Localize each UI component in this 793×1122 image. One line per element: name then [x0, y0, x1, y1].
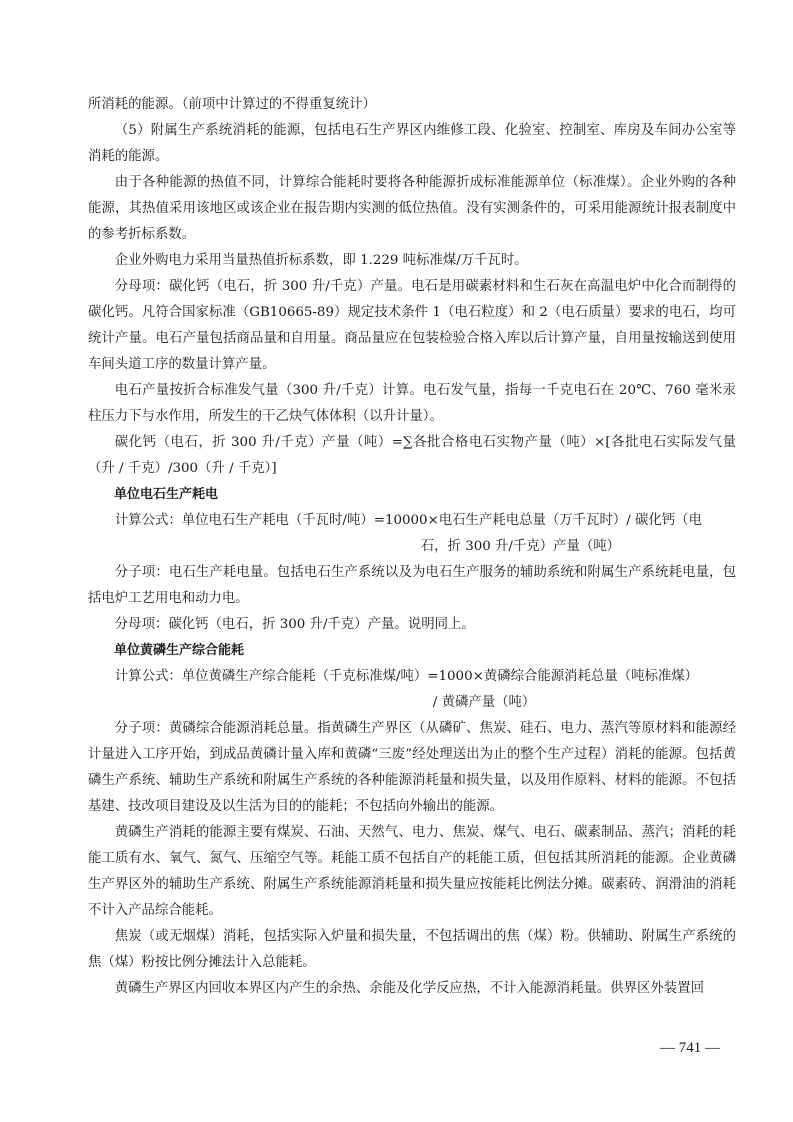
formula-carbide-electricity: 计算公式：单位电石生产耗电（千瓦时/吨）=10000×电石生产耗电总量（万千瓦时… — [88, 508, 736, 560]
document-page: 所消耗的能源。（前项中计算过的不得重复统计） （5）附属生产系统消耗的能源，包括… — [88, 92, 736, 1002]
formula-line-1: 计算公式：单位电石生产耗电（千瓦时/吨）=10000×电石生产耗电总量（万千瓦时… — [115, 508, 736, 534]
page-number: — 741 — — [660, 1040, 720, 1057]
paragraph-electricity-coefficient: 企业外购电力采用当量热值折标系数，即 1.229 吨标准煤/万千瓦时。 — [88, 248, 736, 274]
formula-phosphorus-energy: 计算公式：单位黄磷生产综合能耗（千克标准煤/吨）=1000×黄磷综合能源消耗总量… — [88, 664, 736, 716]
paragraph-numerator-electricity: 分子项：电石生产耗电量。包括电石生产系统以及为电石生产服务的辅助系统和附属生产系… — [88, 560, 736, 612]
paragraph-gas-output: 电石产量按折合标准发气量（300 升/千克）计算。电石发气量，指每一千克电石在 … — [88, 378, 736, 430]
paragraph-continuation: 所消耗的能源。（前项中计算过的不得重复统计） — [88, 92, 736, 118]
section-heading-carbide-electricity: 单位电石生产耗电 — [88, 482, 736, 508]
paragraph-phosphorus-energy-types: 黄磷生产消耗的能源主要有煤炭、石油、天然气、电力、焦炭、煤气、电石、碳素制品、蒸… — [88, 820, 736, 924]
paragraph-carbide-formula: 碳化钙（电石，折 300 升/千克）产量（吨）=∑各批合格电石实物产量（吨）×[… — [88, 430, 736, 482]
paragraph-coke-consumption: 焦炭（或无烟煤）消耗，包括实际入炉量和损失量，不包括调出的焦（煤）粉。供辅助、附… — [88, 924, 736, 976]
paragraph-numerator-phosphorus: 分子项：黄磷综合能源消耗总量。指黄磷生产界区（从磷矿、焦炭、硅石、电力、蒸汽等原… — [88, 716, 736, 820]
section-heading-phosphorus-energy: 单位黄磷生产综合能耗 — [88, 638, 736, 664]
formula-line-1: 计算公式：单位黄磷生产综合能耗（千克标准煤/吨）=1000×黄磷综合能源消耗总量… — [115, 664, 736, 690]
paragraph-denominator-same: 分母项：碳化钙（电石，折 300 升/千克）产量。说明同上。 — [88, 612, 736, 638]
paragraph-heat-recovery: 黄磷生产界区内回收本界区内产生的余热、余能及化学反应热，不计入能源消耗量。供界区… — [88, 976, 736, 1002]
formula-line-2: 石，折 300 升/千克）产量（吨） — [115, 534, 736, 560]
paragraph-heat-value: 由于各种能源的热值不同，计算综合能耗时要将各种能源折成标准能源单位（标准煤）。企… — [88, 170, 736, 248]
paragraph-denominator-carbide: 分母项：碳化钙（电石，折 300 升/千克）产量。电石是用碳素材料和生石灰在高温… — [88, 274, 736, 378]
formula-line-2: / 黄磷产量（吨） — [115, 690, 736, 716]
paragraph-item-5: （5）附属生产系统消耗的能源，包括电石生产界区内维修工段、化验室、控制室、库房及… — [88, 118, 736, 170]
